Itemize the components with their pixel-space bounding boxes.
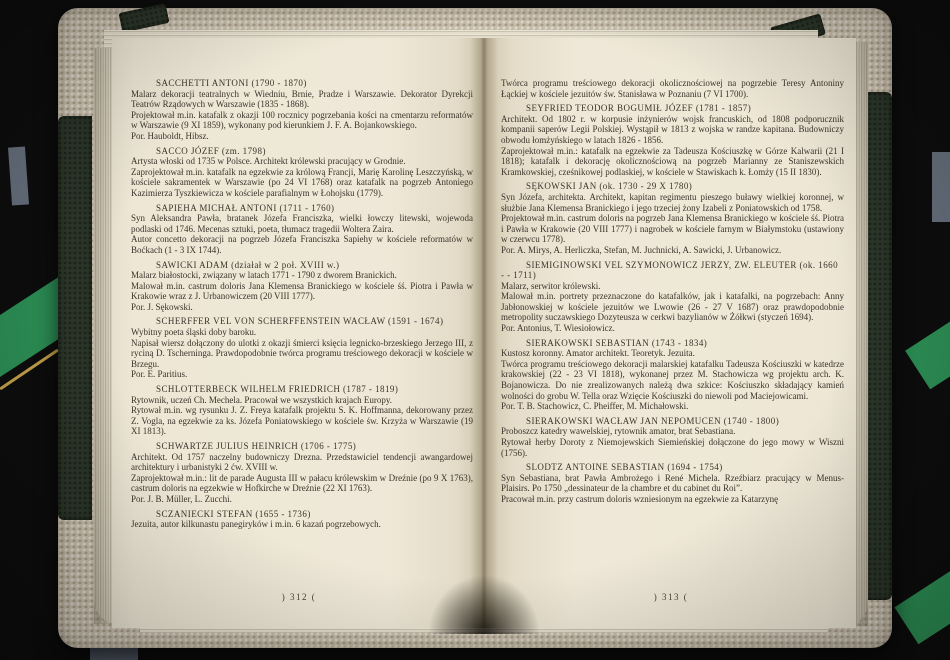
entry-heading: SAPIEHA MICHAŁ ANTONI (1711 - 1760) bbox=[131, 203, 473, 214]
entry-paragraph: Syn Aleksandra Pawła, bratanek Józefa Fr… bbox=[131, 213, 473, 234]
entry-heading: SAWICKI ADAM (działał w 2 poł. XVIII w.) bbox=[131, 260, 473, 271]
entry-paragraph: Malarz dekoracji teatralnych w Wiedniu, … bbox=[131, 89, 473, 110]
entry-paragraph: Zaprojektował m.in.: katafalk na egzekwi… bbox=[501, 146, 844, 178]
entry-paragraph: Artysta włoski od 1735 w Polsce. Archite… bbox=[131, 156, 473, 167]
entry-paragraph: Autor concetto dekoracji na pogrzeb Józe… bbox=[131, 234, 473, 255]
entry-paragraph: Proboszcz katedry wawelskiej, rytownik a… bbox=[501, 426, 844, 437]
entry-paragraph: Malował m.in. castrum doloris Jana Kleme… bbox=[131, 281, 473, 302]
background-gray-card-left bbox=[8, 146, 29, 205]
entry-paragraph: Jezuita, autor kilkunastu panegiryków i … bbox=[131, 519, 473, 530]
entry-heading: SACCO JÓZEF (zm. 1798) bbox=[131, 146, 473, 157]
background-gray-card-right bbox=[932, 152, 950, 222]
open-spread: SACCHETTI ANTONI (1790 - 1870) Malarz de… bbox=[112, 38, 856, 628]
entry-heading: SACCHETTI ANTONI (1790 - 1870) bbox=[131, 78, 473, 89]
entry-paragraph: Projektował m.in. katafalk z okazji 100 … bbox=[131, 110, 473, 131]
entry-paragraph: Malował m.in. portrety przeznaczone do k… bbox=[501, 291, 844, 323]
entry-heading: SCZANIECKI STEFAN (1655 - 1736) bbox=[131, 509, 473, 520]
entry-paragraph: Zaprojektował m.in.: lit de parade Augus… bbox=[131, 473, 473, 494]
entry-paragraph: Pracował m.in. przy castrum doloris wzni… bbox=[501, 494, 844, 505]
entry-paragraph: Wybitny poeta śląski doby baroku. bbox=[131, 327, 473, 338]
entry-paragraph: Syn Józefa, architekta. Architekt, kapit… bbox=[501, 192, 844, 213]
entry-paragraph: Kustosz koronny. Amator architekt. Teore… bbox=[501, 348, 844, 359]
entry-reference: Por. E. Paritius. bbox=[131, 369, 473, 380]
entry-paragraph: Projektował m.in. castrum doloris na pog… bbox=[501, 213, 844, 245]
right-page: Twórca programu treściowego dekoracji ok… bbox=[486, 38, 856, 628]
left-page-text: SACCHETTI ANTONI (1790 - 1870) Malarz de… bbox=[131, 78, 473, 530]
entry-reference: Por. Antonius, T. Wiesiołowicz. bbox=[501, 323, 844, 334]
entry-paragraph: Syn Sebastiana, brat Pawła Ambrożego i R… bbox=[501, 473, 844, 494]
entry-heading: SIERAKOWSKI WACŁAW JAN NEPOMUCEN (1740 -… bbox=[501, 416, 844, 427]
background-green-stripe-right-upper bbox=[905, 313, 950, 390]
entry-paragraph: Zaprojektował m.in. katafalk na egzekwie… bbox=[131, 167, 473, 199]
entry-paragraph: Rytował m.in. wg rysunku J. Z. Freya kat… bbox=[131, 405, 473, 437]
background-green-stripe-right-lower bbox=[894, 564, 950, 644]
entry-heading: SIERAKOWSKI SEBASTIAN (1743 - 1834) bbox=[501, 338, 844, 349]
entry-heading: SIEMIGINOWSKI VEL SZYMONOWICZ JERZY, ZW.… bbox=[501, 260, 844, 281]
entry-paragraph: Rytownik, uczeń Ch. Mechela. Pracował we… bbox=[131, 395, 473, 406]
entry-heading: SLODTZ ANTOINE SEBASTIAN (1694 - 1754) bbox=[501, 462, 844, 473]
right-page-text: Twórca programu treściowego dekoracji ok… bbox=[501, 78, 844, 505]
entry-reference: Por. A. Mirys, A. Herliczka, Stefan, M. … bbox=[501, 245, 844, 256]
entry-paragraph: Architekt. Od 1757 naczelny budowniczy D… bbox=[131, 452, 473, 473]
entry-heading: SEYFRIED TEODOR BOGUMIŁ JÓZEF (1781 - 18… bbox=[501, 103, 844, 114]
scanned-book-photo: SACCHETTI ANTONI (1790 - 1870) Malarz de… bbox=[0, 0, 950, 660]
entry-heading: SCHWARTZE JULIUS HEINRICH (1706 - 1775) bbox=[131, 441, 473, 452]
entry-reference: Por. J. Sękowski. bbox=[131, 302, 473, 313]
entry-reference: Por. T. B. Stachowicz, C. Pheiffer, M. M… bbox=[501, 401, 844, 412]
entry-heading: SCHLOTTERBECK WILHELM FRIEDRICH (1787 - … bbox=[131, 384, 473, 395]
entry-heading: SĘKOWSKI JAN (ok. 1730 - 29 X 1780) bbox=[501, 181, 844, 192]
entry-paragraph: Napisał wiersz dołączony do ulotki z oka… bbox=[131, 338, 473, 370]
entry-paragraph: Architekt. Od 1802 r. w korpusie inżynie… bbox=[501, 114, 844, 146]
cover-leather-edge-left bbox=[58, 116, 92, 520]
right-page-number: ) 313 ( bbox=[486, 592, 856, 602]
entry-heading: SCHERFFER VEL VON SCHERFFENSTEIN WACŁAW … bbox=[131, 316, 473, 327]
left-page: SACCHETTI ANTONI (1790 - 1870) Malarz de… bbox=[112, 38, 486, 628]
left-page-number: ) 312 ( bbox=[112, 592, 486, 602]
entry-paragraph: Malarz, serwitor królewski. bbox=[501, 281, 844, 292]
entry-paragraph: Rytował herby Doroty z Niemojewskich Sie… bbox=[501, 437, 844, 458]
continuation-paragraph: Twórca programu treściowego dekoracji ok… bbox=[501, 78, 844, 99]
entry-reference: Por. J. B. Müller, L. Zucchi. bbox=[131, 494, 473, 505]
entry-reference: Por. Hauboldt, Hibsz. bbox=[131, 131, 473, 142]
entry-paragraph: Twórca programu treściowego dekoracji ma… bbox=[501, 359, 844, 401]
entry-paragraph: Malarz białostocki, związany w latach 17… bbox=[131, 270, 473, 281]
